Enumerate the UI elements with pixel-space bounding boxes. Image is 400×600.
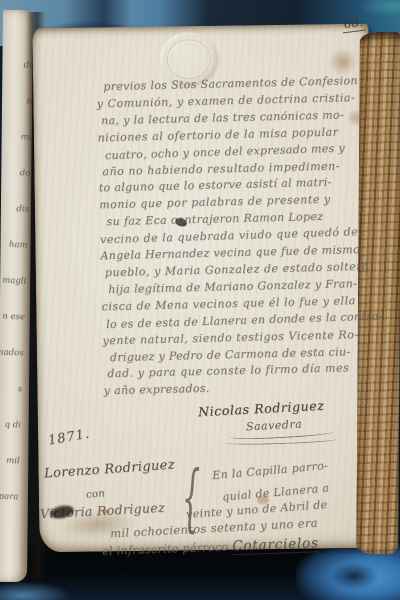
text-fragment: mados bbox=[0, 347, 24, 358]
parish-priest-surname: Cotarcielos bbox=[232, 535, 319, 555]
manuscript-photo: da ti mi do dis ham magli n ese mados s … bbox=[0, 0, 400, 600]
text-fragment: ham bbox=[9, 240, 28, 251]
paper-stain bbox=[329, 48, 357, 76]
text-fragment: magli bbox=[2, 276, 26, 287]
conjunction-con: con bbox=[86, 488, 106, 500]
marriage-record-text: previos los Stos Sacramentos de Confesio… bbox=[96, 73, 376, 401]
text-fragment: n ese bbox=[2, 312, 25, 323]
text-fragment: y para bbox=[0, 491, 18, 502]
text-fragment: mil bbox=[6, 456, 20, 466]
folio-number: 68. bbox=[341, 15, 366, 34]
text-fragment: s bbox=[18, 384, 23, 394]
text-fragment: q di bbox=[4, 420, 21, 431]
